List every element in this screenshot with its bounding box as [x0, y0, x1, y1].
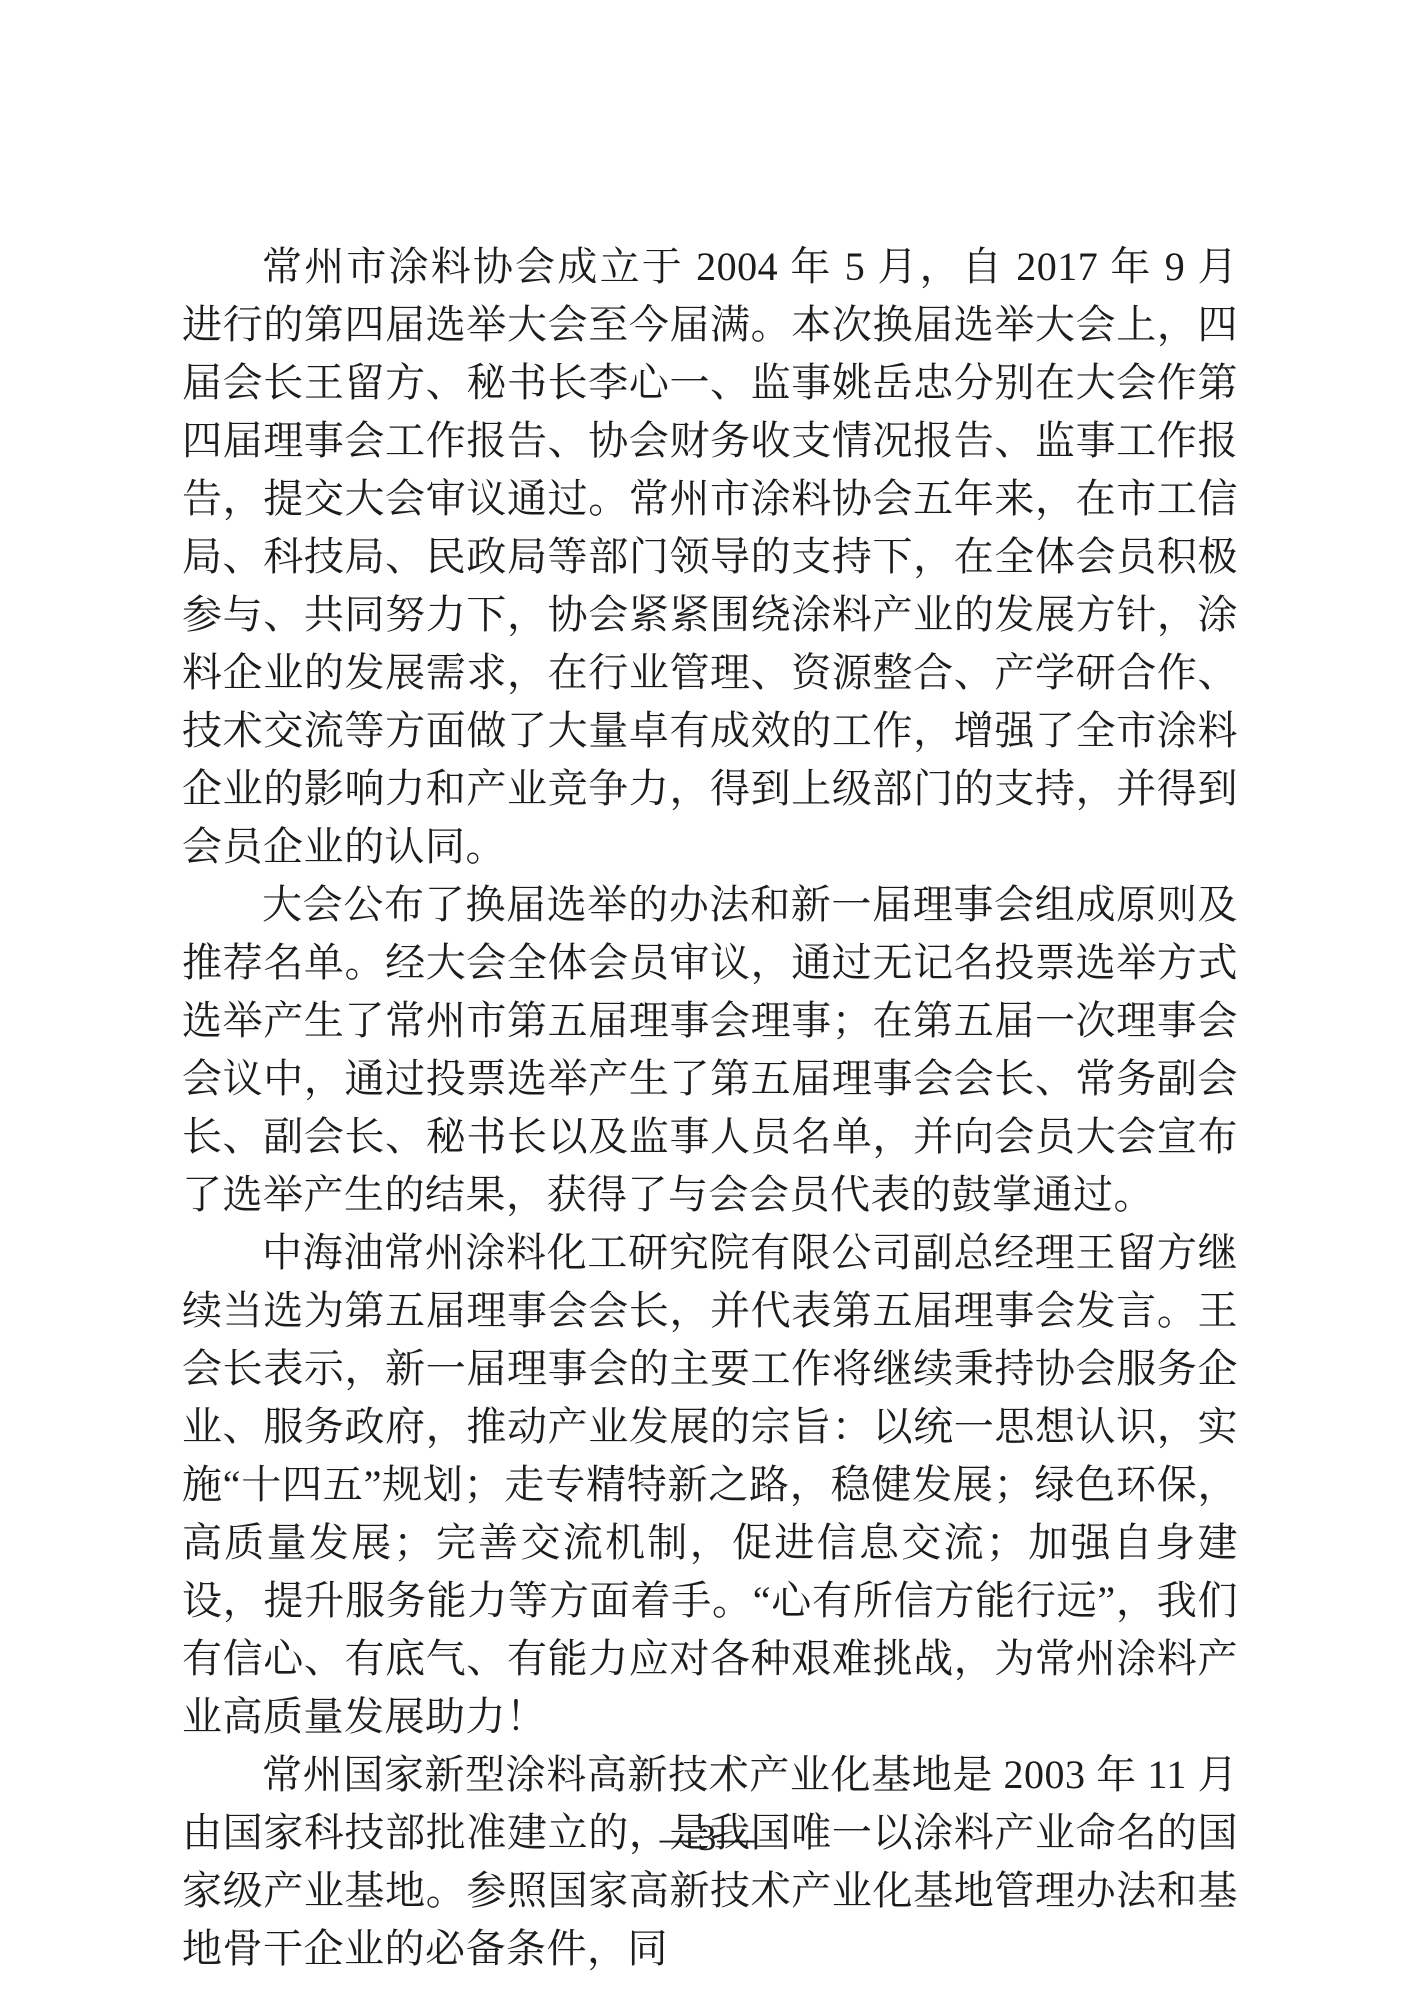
- document-page: 常州市涂料协会成立于 2004 年 5 月，自 2017 年 9 月进行的第四届…: [0, 0, 1415, 2000]
- document-body: 常州市涂料协会成立于 2004 年 5 月，自 2017 年 9 月进行的第四届…: [182, 238, 1238, 1978]
- paragraph-association-history: 常州市涂料协会成立于 2004 年 5 月，自 2017 年 9 月进行的第四届…: [182, 238, 1238, 876]
- page-number: —3—: [0, 1810, 1415, 1868]
- paragraph-chairman-speech: 中海油常州涂料化工研究院有限公司副总经理王留方继续当选为第五届理事会会长，并代表…: [182, 1224, 1238, 1746]
- paragraph-election-procedure: 大会公布了换届选举的办法和新一届理事会组成原则及推荐名单。经大会全体会员审议，通…: [182, 876, 1238, 1224]
